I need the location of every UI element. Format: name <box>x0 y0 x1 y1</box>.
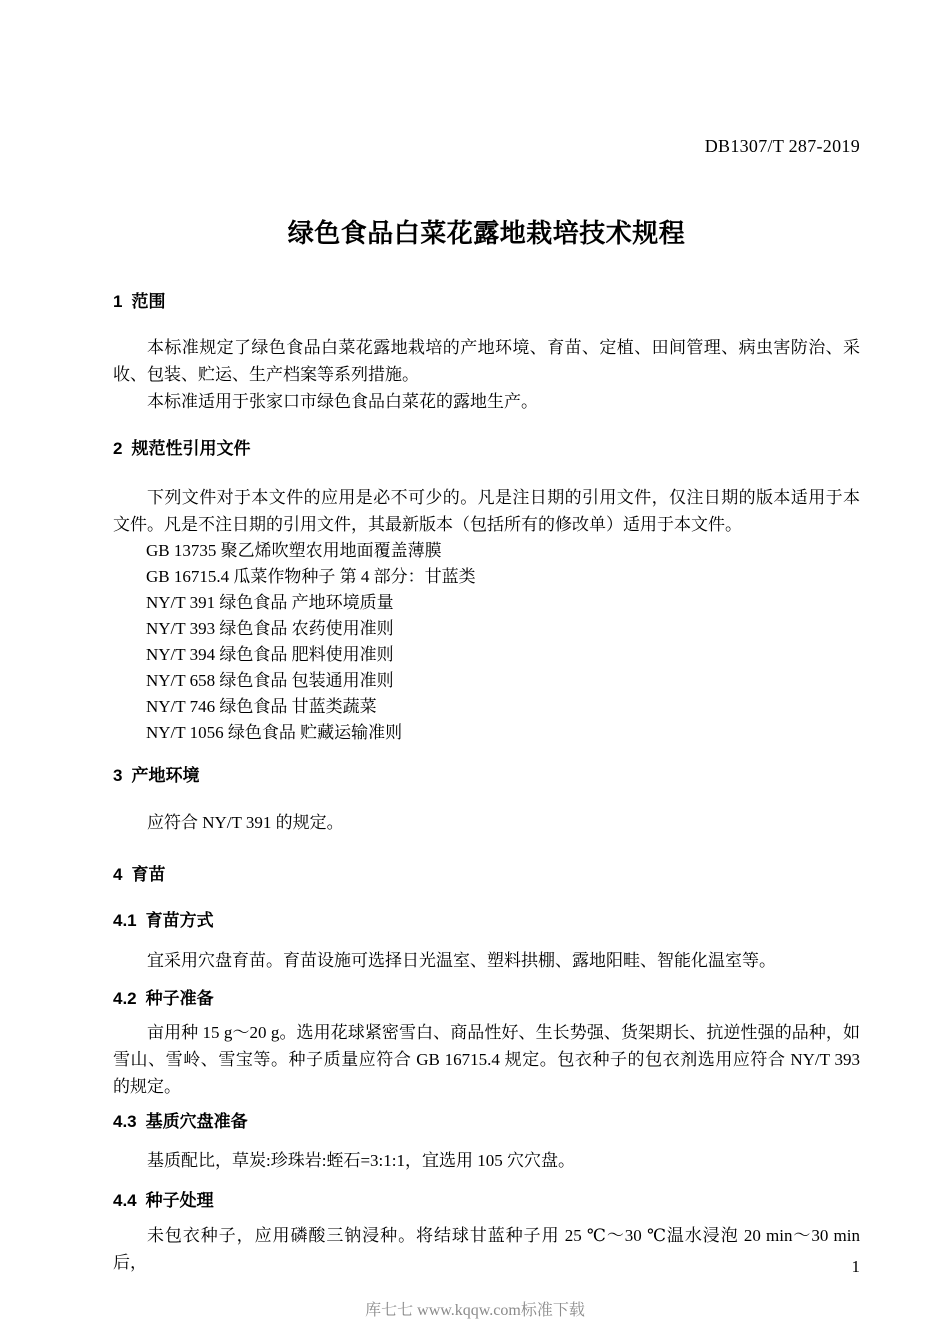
reference-item: NY/T 1056 绿色食品 贮藏运输准则 <box>113 720 860 746</box>
paragraph-scope-2: 本标准适用于张家口市绿色食品白菜花的露地生产。 <box>113 388 860 415</box>
reference-item: NY/T 658 绿色食品 包装通用准则 <box>113 668 860 694</box>
section-number: 4.4 <box>113 1191 137 1210</box>
section-heading-normative-refs: 2规范性引用文件 <box>113 438 860 459</box>
paragraph-scope-1: 本标准规定了绿色食品白菜花露地栽培的产地环境、育苗、定植、田间管理、病虫害防治、… <box>113 334 860 388</box>
standard-code: DB1307/T 287-2019 <box>113 136 860 157</box>
section-number: 4 <box>113 865 122 884</box>
reference-item: NY/T 391 绿色食品 产地环境质量 <box>113 590 860 616</box>
paragraph-4-4: 未包衣种子，应用磷酸三钠浸种。将结球甘蓝种子用 25 ℃～30 ℃温水浸泡 20… <box>113 1222 860 1276</box>
reference-item: GB 16715.4 瓜菜作物种子 第 4 部分：甘蓝类 <box>113 564 860 590</box>
reference-item: GB 13735 聚乙烯吹塑农用地面覆盖薄膜 <box>113 538 860 564</box>
page-number: 1 <box>852 1258 861 1276</box>
section-number: 4.1 <box>113 911 137 930</box>
section-number: 3 <box>113 766 122 785</box>
page-content: DB1307/T 287-2019 绿色食品白菜花露地栽培技术规程 1范围 本标… <box>113 0 860 1276</box>
section-heading-scope: 1范围 <box>113 291 860 312</box>
section-number: 1 <box>113 292 122 311</box>
reference-item: NY/T 746 绿色食品 甘蓝类蔬菜 <box>113 694 860 720</box>
section-label: 基质穴盘准备 <box>146 1112 248 1131</box>
section-heading-4-1: 4.1育苗方式 <box>113 910 860 931</box>
document-title: 绿色食品白菜花露地栽培技术规程 <box>113 216 860 250</box>
section-label: 范围 <box>131 292 165 311</box>
paragraph-4-1: 宜采用穴盘育苗。育苗设施可选择日光温室、塑料拱棚、露地阳畦、智能化温室等。 <box>113 947 860 974</box>
section-heading-environment: 3产地环境 <box>113 765 860 786</box>
paragraph-4-3: 基质配比，草炭:珍珠岩:蛭石=3:1:1，宜选用 105 穴穴盘。 <box>113 1147 860 1174</box>
section-label: 育苗 <box>131 865 165 884</box>
section-number: 4.3 <box>113 1112 137 1131</box>
section-heading-seedling: 4育苗 <box>113 864 860 885</box>
section-label: 种子准备 <box>146 989 214 1008</box>
section-label: 育苗方式 <box>146 911 214 930</box>
reference-item: NY/T 393 绿色食品 农药使用准则 <box>113 616 860 642</box>
section-label: 规范性引用文件 <box>131 439 250 458</box>
paragraph-4-2: 亩用种 15 g～20 g。选用花球紧密雪白、商品性好、生长势强、货架期长、抗逆… <box>113 1019 860 1100</box>
section-heading-4-4: 4.4种子处理 <box>113 1190 860 1211</box>
reference-item: NY/T 394 绿色食品 肥料使用准则 <box>113 642 860 668</box>
paragraph-normative-intro: 下列文件对于本文件的应用是必不可少的。凡是注日期的引用文件，仅注日期的版本适用于… <box>113 484 860 538</box>
watermark-footer: 库七七 www.kqqw.com标准下载 <box>0 1300 950 1322</box>
document-page: DB1307/T 287-2019 绿色食品白菜花露地栽培技术规程 1范围 本标… <box>0 0 950 1344</box>
paragraph-environment: 应符合 NY/T 391 的规定。 <box>113 809 860 836</box>
section-heading-4-2: 4.2种子准备 <box>113 988 860 1009</box>
section-heading-4-3: 4.3基质穴盘准备 <box>113 1111 860 1132</box>
section-number: 4.2 <box>113 989 137 1008</box>
section-label: 产地环境 <box>131 766 199 785</box>
section-number: 2 <box>113 439 122 458</box>
section-label: 种子处理 <box>146 1191 214 1210</box>
